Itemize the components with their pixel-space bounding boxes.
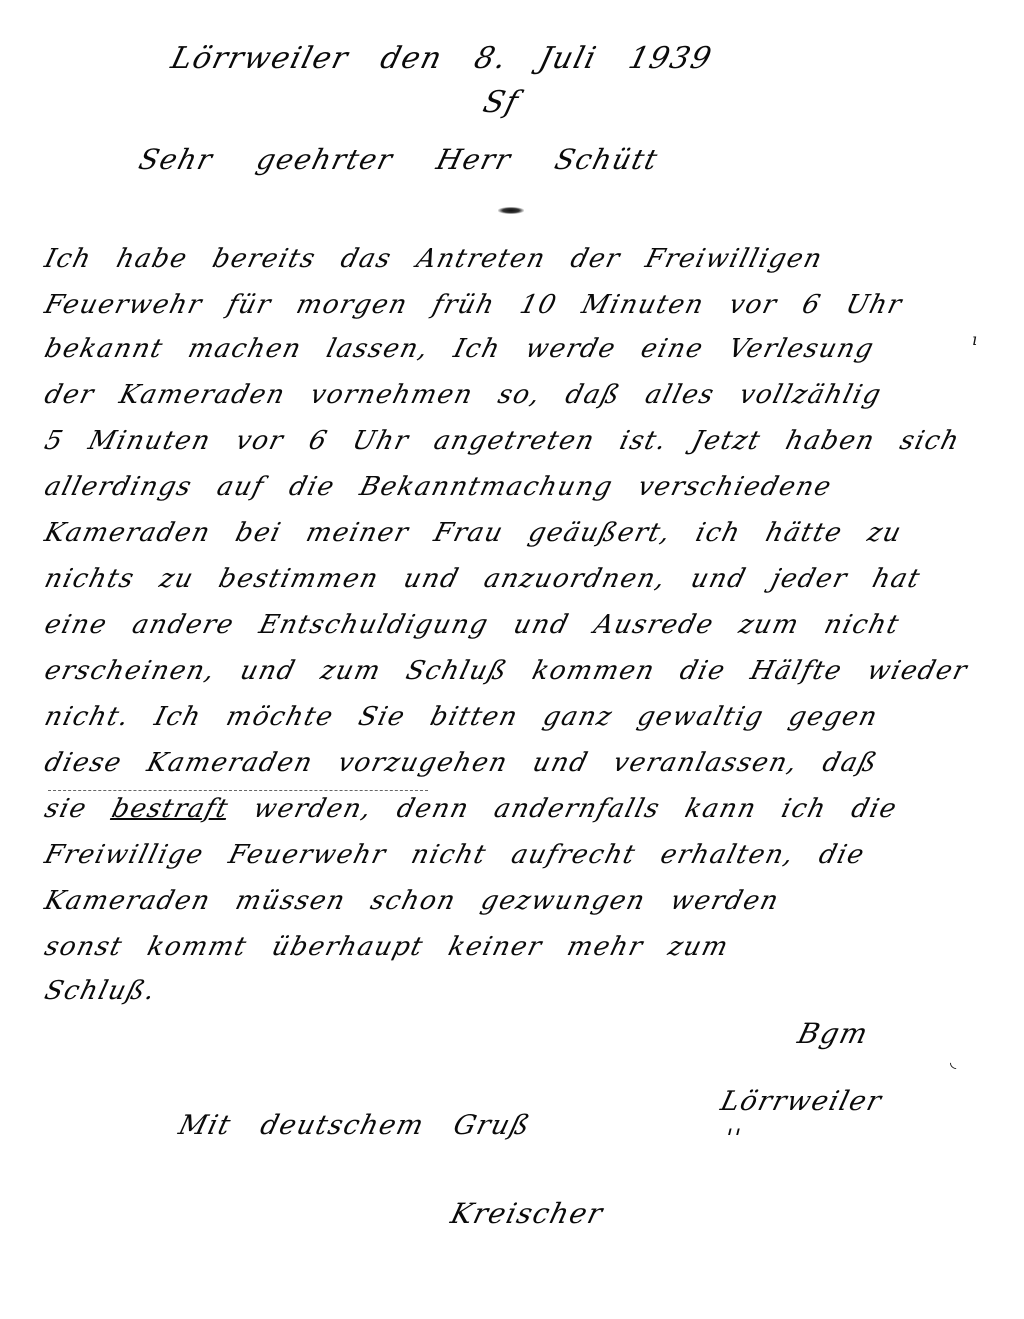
body-line: Schluß. <box>42 978 159 1004</box>
body-line: Kameraden bei meiner Frau geäußert, ich … <box>42 520 905 546</box>
body-text: werden, denn andernfalls kann ich die <box>225 794 901 824</box>
place-and-date: Lörrweiler den 8. Juli 1939 <box>168 44 715 74</box>
sender-place-ditto: '' <box>722 1126 744 1150</box>
body-line: eine andere Entschuldigung und Ausrede z… <box>42 612 902 638</box>
body-line: nicht. Ich möchte Sie bitten ganz gewalt… <box>42 704 881 730</box>
body-line: Feuerwehr für morgen früh 10 Minuten vor… <box>42 292 905 318</box>
signature: Kreischer <box>448 1200 606 1228</box>
body-line: Ich habe bereits das Antreten der Freiwi… <box>42 246 826 272</box>
body-line: bekannt machen lassen, Ich werde eine Ve… <box>42 336 877 362</box>
body-line: 5 Minuten vor 6 Uhr angetreten ist. Jetz… <box>42 428 963 454</box>
body-line: nichts zu bestimmen und anzuordnen, und … <box>42 566 923 592</box>
sender-place: Lörrweiler <box>718 1088 885 1115</box>
ink-mark: ◟ <box>950 1052 956 1071</box>
sender-title: Bgm <box>795 1020 872 1048</box>
body-line: Kameraden müssen schon gezwungen werden <box>42 888 782 914</box>
reference-mark: Sf <box>480 88 522 118</box>
body-text: sie <box>42 794 117 824</box>
body-line-with-underline: sie bestraft werden, denn andernfalls ka… <box>42 796 900 822</box>
salutation: Sehr geehrter Herr Schütt <box>136 146 661 174</box>
ink-mark: ı <box>972 330 977 349</box>
body-line: sonst kommt überhaupt keiner mehr zum <box>42 934 732 960</box>
body-line: diese Kameraden vorzugehen und veranlass… <box>42 750 880 776</box>
handwritten-letter-page: Lörrweiler den 8. Juli 1939 Sf Sehr geeh… <box>0 0 1024 1319</box>
body-line: Freiwillige Feuerwehr nicht aufrecht erh… <box>42 842 868 868</box>
body-line: der Kameraden vornehmen so, daß alles vo… <box>42 382 884 408</box>
ink-smudge <box>498 207 524 214</box>
body-line: erscheinen, und zum Schluß kommen die Hä… <box>42 658 970 684</box>
underlined-word: bestraft <box>109 794 232 824</box>
closing-greeting: Mit deutschem Gruß <box>176 1112 533 1139</box>
dotted-guideline <box>48 790 428 791</box>
body-line: allerdings auf die Bekanntmachung versch… <box>42 474 835 500</box>
